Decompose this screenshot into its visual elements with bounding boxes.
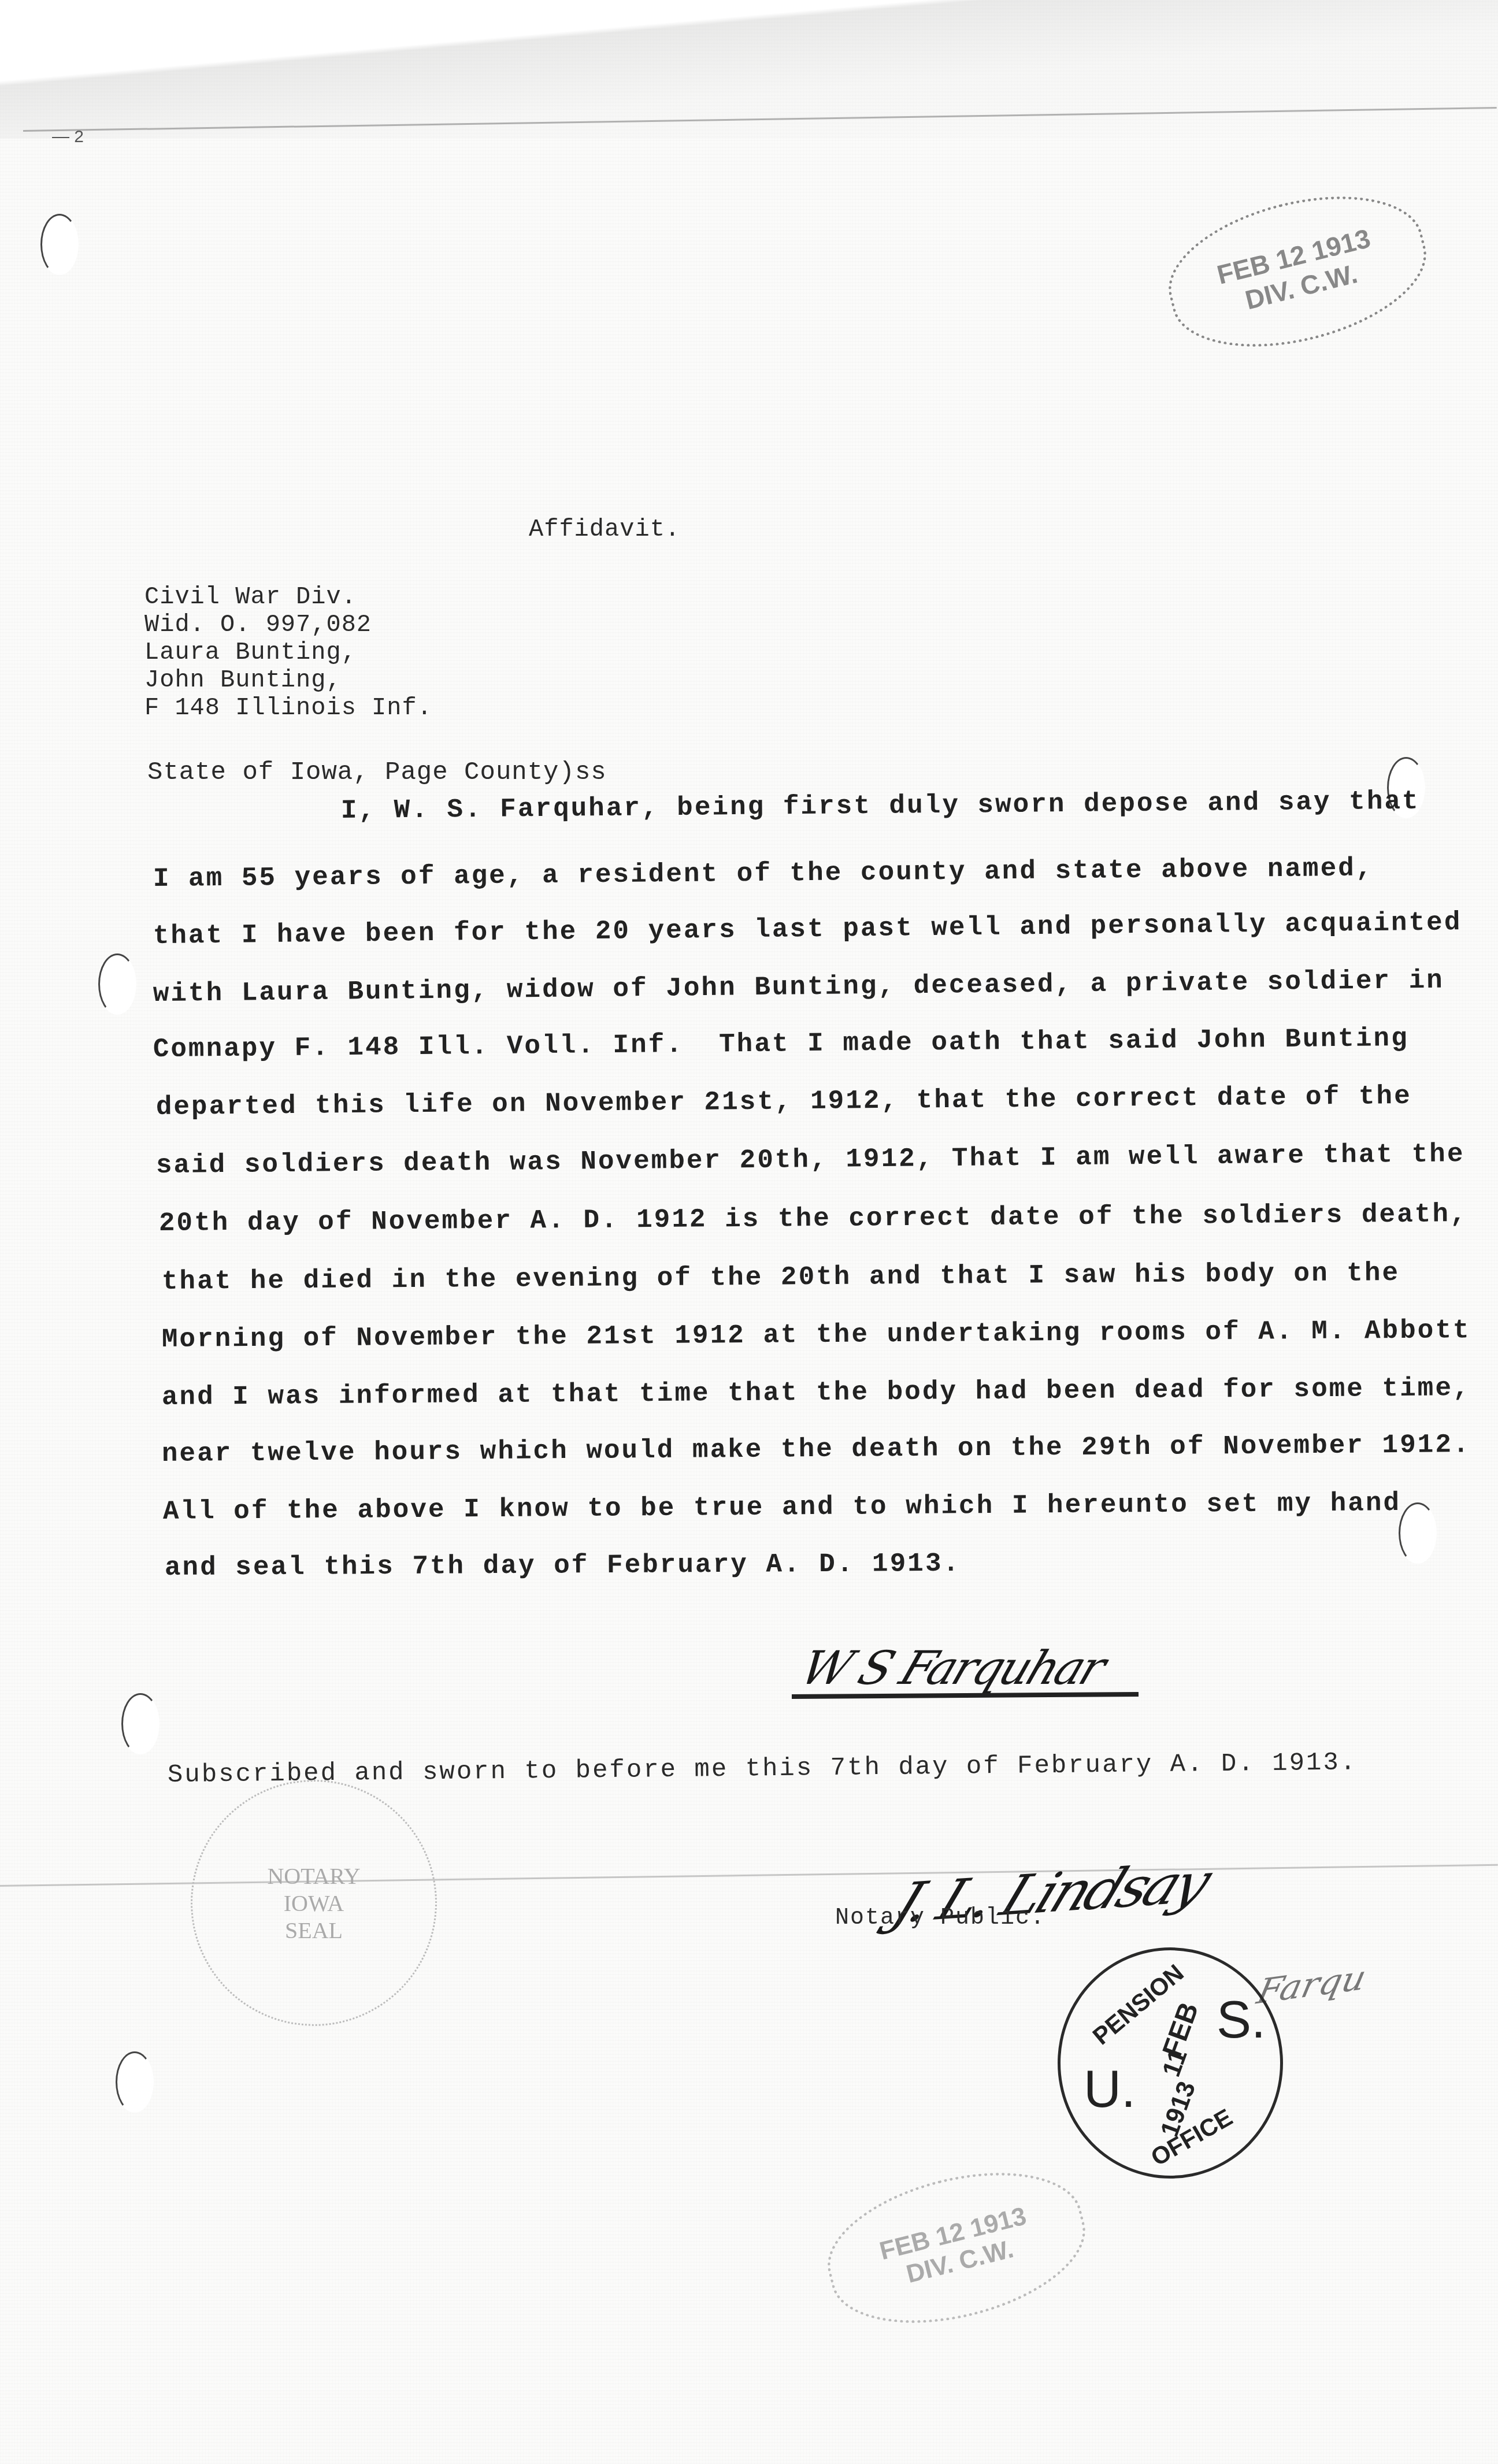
jurat: Subscribed and sworn to before me this 7… (168, 1750, 1358, 1788)
venue: State of Iowa, Page County)ss (147, 760, 607, 785)
received-stamp-faint: FEB 12 1913 DIV. C.W. (814, 2149, 1100, 2347)
body-line: All of the above I know to be true and t… (163, 1490, 1401, 1525)
stamp-u: U. (1084, 2060, 1136, 2120)
punch-hole (40, 214, 79, 275)
document-title: Affidavit. (529, 517, 680, 541)
body-line: near twelve hours which would make the d… (162, 1431, 1471, 1467)
body-line: with Laura Bunting, widow of John Buntin… (153, 967, 1444, 1007)
header-soldier: John Bunting, (144, 668, 342, 692)
body-line: that I have been for the 20 years last p… (153, 909, 1462, 949)
received-stamp: FEB 12 1913 DIV. C.W. (1155, 173, 1441, 370)
header-claimant: Laura Bunting, (144, 640, 357, 665)
body-line: and I was informed at that time that the… (162, 1375, 1471, 1411)
scan-edge-shadow (0, 0, 1498, 139)
seal-text: IOWA (284, 1890, 344, 1917)
body-line: departed this life on November 21st, 191… (156, 1083, 1412, 1120)
header-claim-number: Wid. O. 997,082 (144, 613, 372, 637)
seal-text: NOTARY (267, 1862, 360, 1890)
body-line: 20th day of November A. D. 1912 is the c… (159, 1201, 1468, 1237)
affiant-signature: W S Farquhar (794, 1641, 1111, 1695)
body-line: Comnapy F. 148 Ill. Voll. Inf. That I ma… (153, 1025, 1409, 1063)
margin-mark: — 2 (52, 127, 84, 147)
body-line: Morning of November the 21st 1912 at the… (162, 1317, 1471, 1353)
notary-seal: NOTARY IOWA SEAL (191, 1780, 437, 2026)
body-line: that he died in the evening of the 20th … (162, 1260, 1400, 1295)
pension-office-stamp: PENSION FEB 11 1913 U. S. OFFICE (1058, 1947, 1283, 2179)
header-regiment: F 148 Illinois Inf. (144, 696, 432, 720)
punch-hole (121, 1693, 160, 1754)
punch-hole (1399, 1502, 1437, 1564)
punch-hole (98, 953, 136, 1015)
marginal-initials: Farqu (1254, 1958, 1370, 2012)
punch-hole (116, 2051, 154, 2113)
header-division: Civil War Div. (144, 585, 357, 609)
body-line: I, W. S. Farquhar, being first duly swor… (341, 788, 1420, 824)
notary-public-label: Notary Public. (835, 1907, 1045, 1930)
body-line: said soldiers death was November 20th, 1… (156, 1141, 1465, 1179)
seal-text: SEAL (285, 1917, 343, 1944)
document-page: — 2 FEB 12 1913 DIV. C.W. Affidavit. Civ… (0, 0, 1498, 2464)
body-line: I am 55 years of age, a resident of the … (153, 855, 1374, 892)
body-line: and seal this 7th day of February A. D. … (165, 1550, 961, 1581)
stamp-s: S. (1217, 1991, 1266, 2050)
